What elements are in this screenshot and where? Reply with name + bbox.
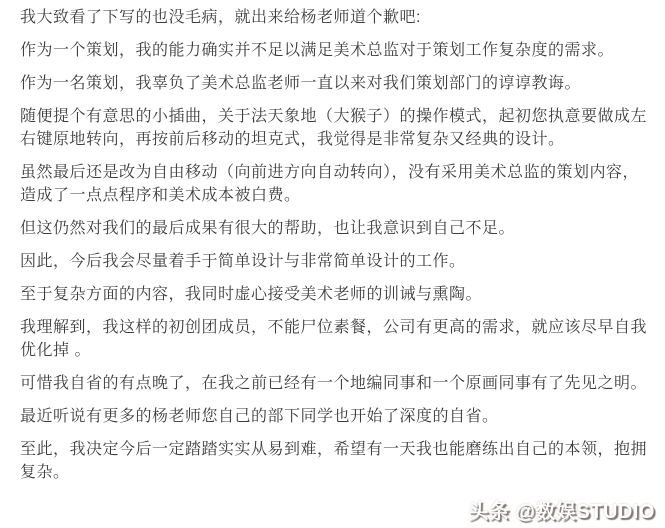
- toutiao-watermark: 头条 @数娱STUDIO: [468, 495, 655, 524]
- paragraph: 作为一个策划，我的能力确实并不足以满足美术总监对于策划工作复杂度的需求。: [20, 39, 652, 62]
- paragraph: 至于复杂方面的内容，我同时虚心接受美术老师的训诫与熏陶。: [20, 283, 652, 306]
- paragraph: 随便提个有意思的小插曲，关于法天象地（大猴子）的操作模式，起初您执意要做成左右键…: [20, 105, 652, 151]
- paragraph: 作为一名策划，我辜负了美术总监老师一直以来对我们策划部门的谆谆教诲。: [20, 72, 652, 95]
- paragraph: 因此，今后我会尽量着手于简单设计与非常简单设计的工作。: [20, 250, 652, 273]
- paragraph: 至此，我决定今后一定踏踏实实从易到难，希望有一天我也能磨练出自己的本领，抱拥复杂…: [20, 438, 652, 484]
- paragraph: 可惜我自省的有点晚了，在我之前已经有一个地编同事和一个原画同事有了先见之明。: [20, 372, 652, 395]
- paragraph: 虽然最后还是改为自由移动（向前进方向自动转向），没有采用美术总监的策划内容，造成…: [20, 161, 652, 207]
- paragraph: 我理解到，我这样的初创团成员，不能尸位素餐，公司有更高的需求，就应该尽早自我优化…: [20, 316, 652, 362]
- paragraph: 我大致看了下写的也没毛病，就出来给杨老师道个歉吧:: [20, 6, 652, 29]
- paragraph: 最近听说有更多的杨老师您自己的部下同学也开始了深度的自省。: [20, 405, 652, 428]
- paragraph: 但这仍然对我们的最后成果有很大的帮助，也让我意识到自己不足。: [20, 217, 652, 240]
- article-body: 我大致看了下写的也没毛病，就出来给杨老师道个歉吧: 作为一个策划，我的能力确实并…: [20, 6, 652, 494]
